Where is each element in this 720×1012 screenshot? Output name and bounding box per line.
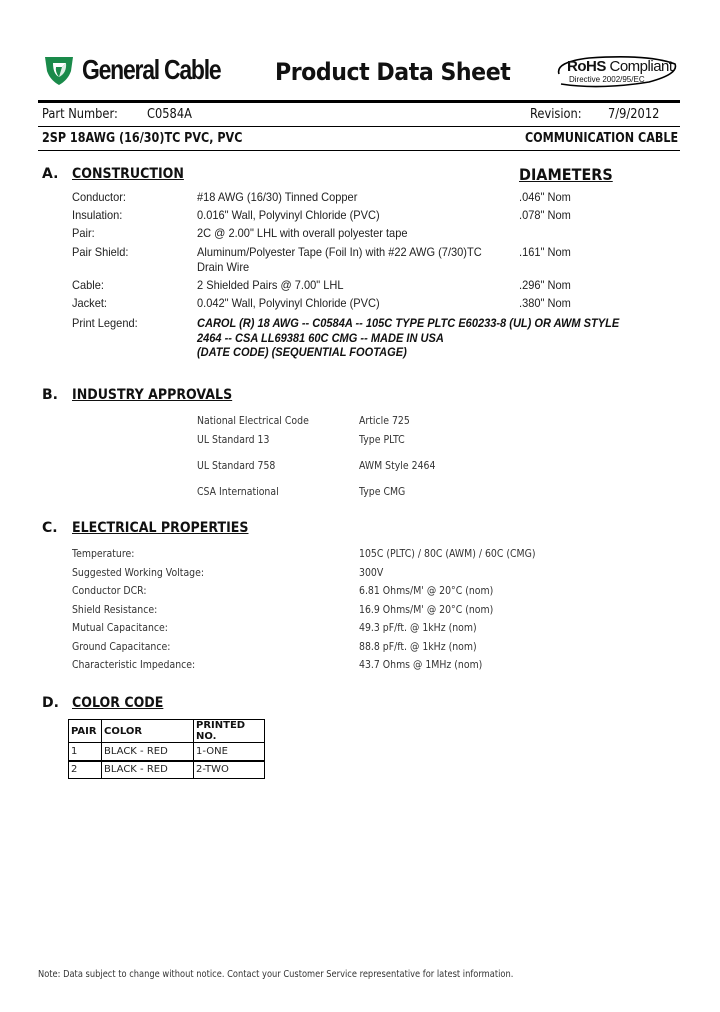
approval-value: Article 725 [359, 414, 410, 427]
brand-name: General Cable [82, 54, 220, 86]
electrical-label: Characteristic Impedance: [72, 658, 195, 671]
section-construction-title: CONSTRUCTION [72, 166, 184, 182]
meta-divider [38, 126, 680, 127]
part-number-label: Part Number: [42, 107, 118, 122]
approval-name: National Electrical Code [197, 414, 309, 427]
construction-label: Jacket: [72, 296, 107, 310]
section-approvals-title: INDUSTRY APPROVALS [72, 387, 232, 403]
general-cable-logo: General Cable [42, 52, 251, 88]
approval-name: UL Standard 758 [197, 459, 275, 472]
table-header-row: PAIR COLOR PRINTED NO. [69, 720, 265, 743]
section-color-code-title: COLOR CODE [72, 695, 163, 711]
column-header-pair: PAIR [69, 720, 102, 743]
approval-value: Type CMG [359, 485, 405, 498]
electrical-value: 43.7 Ohms @ 1MHz (nom) [359, 658, 482, 671]
rohs-badge: RoHS Compliant Directive 2002/95/EC [549, 52, 679, 90]
diameters-title: DIAMETERS [519, 165, 613, 184]
electrical-value: 300V [359, 566, 383, 579]
rohs-label: RoHS Compliant [567, 58, 673, 75]
rohs-directive: Directive 2002/95/EC [569, 75, 645, 84]
construction-value-continued: Drain Wire [197, 259, 249, 276]
electrical-label: Conductor DCR: [72, 584, 146, 597]
footer-note: Note: Data subject to change without not… [38, 969, 513, 980]
section-electrical-title: ELECTRICAL PROPERTIES [72, 520, 248, 536]
approval-name: CSA International [197, 485, 279, 498]
construction-value: #18 AWG (16/30) Tinned Copper [197, 189, 357, 206]
revision-label: Revision: [530, 107, 582, 122]
electrical-label: Suggested Working Voltage: [72, 566, 204, 579]
construction-label: Pair: [72, 226, 95, 240]
product-description: 2SP 18AWG (16/30)TC PVC, PVC [42, 131, 242, 146]
approval-value: Type PLTC [359, 433, 405, 446]
section-c-letter: C. [42, 520, 58, 536]
construction-value: 2 Shielded Pairs @ 7.00" LHL [197, 277, 343, 294]
construction-value: 2C @ 2.00" LHL with overall polyester ta… [197, 225, 407, 242]
printed-no-cell: 2-TWO [194, 761, 265, 779]
construction-diameter: .046" Nom [519, 190, 571, 204]
column-header-printed-no: PRINTED NO. [194, 720, 265, 743]
color-cell: BLACK - RED [102, 743, 194, 761]
electrical-label: Temperature: [72, 547, 134, 560]
electrical-label: Ground Capacitance: [72, 640, 170, 653]
header-divider [38, 100, 680, 103]
part-number-value: C0584A [147, 107, 192, 122]
approval-value: AWM Style 2464 [359, 459, 435, 472]
electrical-label: Shield Resistance: [72, 603, 157, 616]
construction-diameter: .380" Nom [519, 296, 571, 310]
electrical-value: 105C (PLTC) / 80C (AWM) / 60C (CMG) [359, 547, 536, 560]
construction-label: Pair Shield: [72, 245, 128, 259]
table-row: 1 BLACK - RED 1-ONE [69, 743, 265, 761]
electrical-value: 16.9 Ohms/M' @ 20°C (nom) [359, 603, 493, 616]
construction-label: Cable: [72, 278, 104, 292]
construction-label: Insulation: [72, 208, 122, 222]
column-header-color: COLOR [102, 720, 194, 743]
color-cell: BLACK - RED [102, 761, 194, 779]
print-legend-line: (DATE CODE) (SEQUENTIAL FOOTAGE) [197, 345, 619, 360]
printed-no-cell: 1-ONE [194, 743, 265, 761]
table-row: 2 BLACK - RED 2-TWO [69, 761, 265, 779]
electrical-label: Mutual Capacitance: [72, 621, 168, 634]
construction-diameter: .161" Nom [519, 245, 571, 259]
construction-diameter: .078" Nom [519, 208, 571, 222]
pair-cell: 2 [69, 761, 102, 779]
electrical-value: 88.8 pF/ft. @ 1kHz (nom) [359, 640, 477, 653]
construction-value: 0.016" Wall, Polyvinyl Chloride (PVC) [197, 207, 380, 224]
document-title: Product Data Sheet [275, 58, 510, 86]
section-d-letter: D. [42, 695, 59, 711]
approval-name: UL Standard 13 [197, 433, 269, 446]
description-divider [38, 150, 680, 151]
shield-logo-icon [42, 53, 76, 87]
electrical-value: 49.3 pF/ft. @ 1kHz (nom) [359, 621, 477, 634]
construction-label: Conductor: [72, 190, 126, 204]
revision-value: 7/9/2012 [608, 107, 659, 122]
print-legend-line: CAROL (R) 18 AWG -- C0584A -- 105C TYPE … [197, 316, 619, 331]
print-legend-text: CAROL (R) 18 AWG -- C0584A -- 105C TYPE … [197, 316, 619, 360]
construction-value: 0.042" Wall, Polyvinyl Chloride (PVC) [197, 295, 380, 312]
construction-diameter: .296" Nom [519, 278, 571, 292]
section-b-letter: B. [42, 387, 58, 403]
electrical-value: 6.81 Ohms/M' @ 20°C (nom) [359, 584, 493, 597]
print-legend-label: Print Legend: [72, 316, 138, 330]
print-legend-line: 2464 -- CSA LL69381 60C CMG -- MADE IN U… [197, 331, 619, 346]
pair-cell: 1 [69, 743, 102, 761]
product-category: COMMUNICATION CABLE [525, 131, 678, 146]
section-a-letter: A. [42, 166, 58, 182]
color-code-table: PAIR COLOR PRINTED NO. 1 BLACK - RED 1-O… [68, 719, 265, 779]
